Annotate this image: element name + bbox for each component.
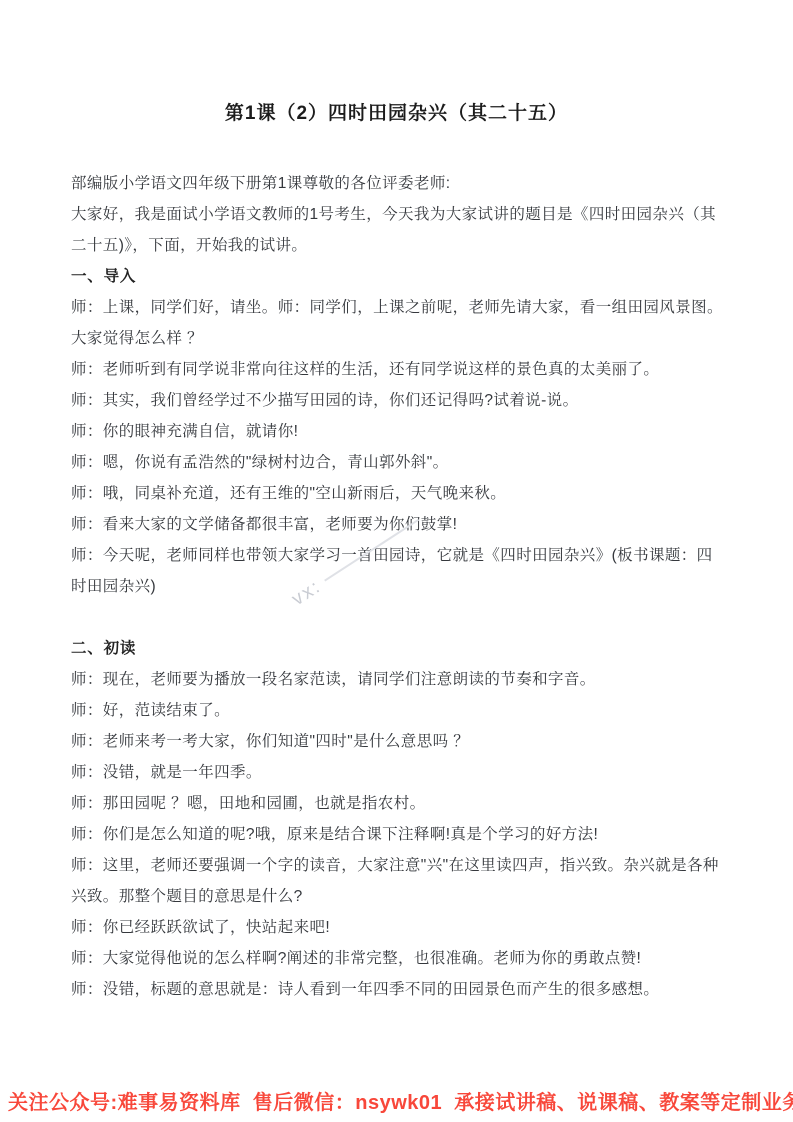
text-line: 师：这里，老师还要强调一个字的读音，大家注意"兴"在这里读四声，指兴致。杂兴就是… <box>71 850 731 881</box>
text-line: 师：你们是怎么知道的呢?哦，原来是结合课下注释啊!真是个学习的好方法! <box>71 819 731 850</box>
text-line: 师：现在，老师要为播放一段名家范读，请同学们注意朗读的节奏和字音。 <box>71 664 731 695</box>
text-line: 师：你已经跃跃欲试了，快站起来吧! <box>71 912 731 943</box>
text-line: 师：上课，同学们好，请坐。师：同学们，上课之前呢，老师先请大家，看一组田园风景图… <box>71 292 731 323</box>
text-line: 师：没错，标题的意思就是：诗人看到一年四季不同的田园景色而产生的很多感想。 <box>71 974 731 1005</box>
text-line: 师：老师听到有同学说非常向往这样的生活，还有同学说这样的景色真的太美丽了。 <box>71 354 731 385</box>
text-line <box>71 602 731 633</box>
text-line: 二十五)》，下面，开始我的试讲。 <box>71 230 731 261</box>
text-line: 师：嗯，你说有孟浩然的"绿树村边合，青山郭外斜"。 <box>71 447 731 478</box>
text-line: 师：没错，就是一年四季。 <box>71 757 731 788</box>
text-line: 师：好，范读结束了。 <box>71 695 731 726</box>
text-line: 师：那田园呢 ？嗯，田地和园圃，也就是指农村。 <box>71 788 731 819</box>
text-line: 师：老师来考一考大家，你们知道"四时"是什么意思吗 ？ <box>71 726 731 757</box>
promo-footer-text: 关注公众号:难事易资料库 售后微信：nsywk01 承接试讲稿、说课稿、教案等定… <box>8 1089 793 1117</box>
text-line: 师：其实，我们曾经学过不少描写田园的诗，你们还记得吗?试着说-说。 <box>71 385 731 416</box>
section-heading: 一、导入 <box>71 261 731 292</box>
document-title: 第1课（2）四时田园杂兴（其二十五） <box>0 101 793 127</box>
text-line: 兴致。那整个题目的意思是什么? <box>71 881 731 912</box>
text-line: 部编版小学语文四年级下册第1课尊敬的各位评委老师: <box>71 168 731 199</box>
text-line: 师：哦，同桌补充道，还有王维的"空山新雨后，天气晚来秋。 <box>71 478 731 509</box>
document-body: 部编版小学语文四年级下册第1课尊敬的各位评委老师:大家好，我是面试小学语文教师的… <box>71 168 731 1005</box>
section-heading: 二、初读 <box>71 633 731 664</box>
text-line: 师：看来大家的文学储备都很丰富，老师要为你们鼓掌! <box>71 509 731 540</box>
text-line: 大家觉得怎么样 ？ <box>71 323 731 354</box>
text-line: 师：今天呢，老师同样也带领大家学习一首田园诗，它就是《四时田园杂兴》(板书课题：… <box>71 540 731 571</box>
text-line: 师：大家觉得他说的怎么样啊?阐述的非常完整，也很准确。老师为你的勇敢点赞! <box>71 943 731 974</box>
document-page: 第1课（2）四时田园杂兴（其二十五） 部编版小学语文四年级下册第1课尊敬的各位评… <box>0 0 793 1122</box>
text-line: 师：你的眼神充满自信，就请你! <box>71 416 731 447</box>
text-line: 大家好，我是面试小学语文教师的1号考生，今天我为大家试讲的题目是《四时田园杂兴（… <box>71 199 731 230</box>
text-line: 时田园杂兴) <box>71 571 731 602</box>
